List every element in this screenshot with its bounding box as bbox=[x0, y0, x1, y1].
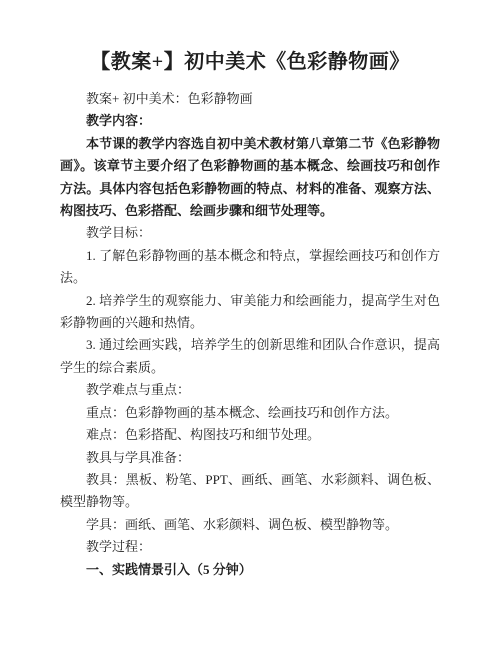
paragraph: 学具：画纸、画笔、水彩颜料、调色板、模型静物等。 bbox=[60, 514, 440, 536]
paragraph: 一、实践情景引入（5 分钟） bbox=[60, 559, 440, 581]
paragraph: 教学内容： bbox=[60, 110, 440, 132]
paragraph: 2. 培养学生的观察能力、审美能力和绘画能力，提高学生对色彩静物画的兴趣和热情。 bbox=[60, 290, 440, 335]
document-page: 【教案+】初中美术《色彩静物画》 教案+ 初中美术：色彩静物画教学内容：本节课的… bbox=[0, 0, 500, 647]
document-title: 【教案+】初中美术《色彩静物画》 bbox=[60, 47, 440, 77]
paragraph: 教案+ 初中美术：色彩静物画 bbox=[60, 88, 440, 110]
paragraph: 本节课的教学内容选自初中美术教材第八章第二节《色彩静物画》。该章节主要介绍了色彩… bbox=[60, 133, 440, 223]
paragraph: 3. 通过绘画实践，培养学生的创新思维和团队合作意识，提高学生的综合素质。 bbox=[60, 334, 440, 379]
paragraph: 难点：色彩搭配、构图技巧和细节处理。 bbox=[60, 424, 440, 446]
paragraph: 教具与学具准备： bbox=[60, 447, 440, 469]
paragraph: 教学难点与重点： bbox=[60, 379, 440, 401]
paragraph: 教学过程： bbox=[60, 536, 440, 558]
paragraph: 教学目标： bbox=[60, 222, 440, 244]
paragraph: 教具：黑板、粉笔、PPT、画纸、画笔、水彩颜料、调色板、模型静物等。 bbox=[60, 469, 440, 514]
paragraph: 1. 了解色彩静物画的基本概念和特点，掌握绘画技巧和创作方法。 bbox=[60, 245, 440, 290]
document-body: 教案+ 初中美术：色彩静物画教学内容：本节课的教学内容选自初中美术教材第八章第二… bbox=[60, 88, 440, 581]
paragraph: 重点：色彩静物画的基本概念、绘画技巧和创作方法。 bbox=[60, 402, 440, 424]
